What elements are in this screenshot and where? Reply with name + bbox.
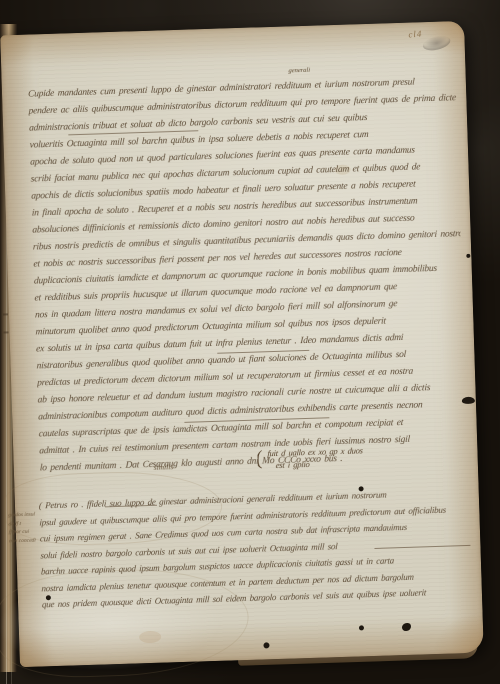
folio-number: cl4 [408, 26, 459, 39]
ink-blot [462, 397, 475, 404]
margin-note: guidos insul de ff t ff por cui non conc… [8, 510, 55, 545]
registrar-note: ( fuit d uallo ex xo gp x duos est i gpl… [257, 441, 468, 472]
paragraph-2: ( Petrus ro . ffideli suo luppo de gines… [39, 484, 474, 613]
manuscript-photo: cl4 generali Cupide mandantes cum presen… [0, 0, 500, 684]
ink-blot [402, 623, 411, 631]
ink-blot [359, 625, 364, 630]
interlinear-addition: generali [288, 67, 310, 75]
manuscript-page: cl4 generali Cupide mandantes cum presen… [0, 21, 484, 667]
quire-mark [3, 331, 8, 333]
note-bracket: ( [257, 447, 264, 471]
catchword: similis [153, 462, 173, 472]
text-line: non concedi [9, 535, 55, 545]
ink-blot [466, 254, 470, 258]
fox-spot [139, 631, 161, 644]
ink-blot [263, 642, 269, 648]
quire-mark [3, 313, 8, 315]
